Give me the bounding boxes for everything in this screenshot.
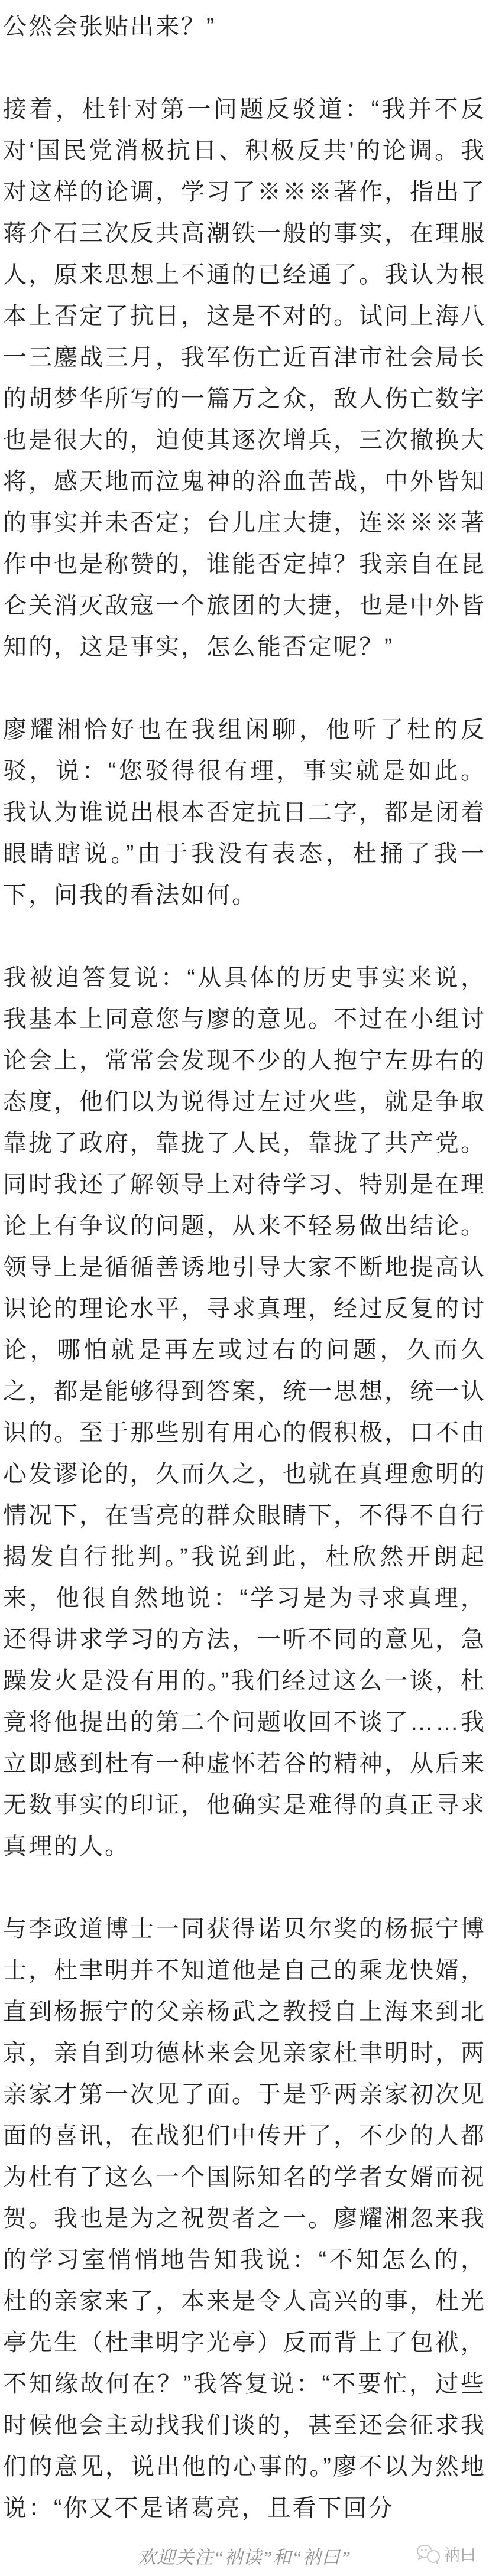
paragraph: 公然会张贴出来？”	[3, 6, 486, 47]
brand-name: 衲曰	[444, 2542, 476, 2565]
paragraph: 与李政道博士一同获得诺贝尔奖的杨振宁博士，杜聿明并不知道他是自己的乘龙快婿，直到…	[3, 1908, 486, 2529]
chat-bubbles-icon	[416, 2544, 441, 2564]
paragraph: 廖耀湘恰好也在我组闲聊，他听了杜的反驳，说：“您驳得很有理，事实就是如此。我认为…	[3, 709, 486, 916]
paragraph: 我被迫答复说：“从具体的历史事实来说，我基本上同意您与廖的意见。不过在小组讨论会…	[3, 957, 486, 1867]
brand-watermark: 衲曰	[416, 2542, 476, 2565]
paragraph: 接着，杜针对第一问题反驳道：“我并不反对‘国民党消极抗日、积极反共’的论调。我对…	[3, 89, 486, 668]
reader-page: 公然会张贴出来？” 接着，杜针对第一问题反驳道：“我并不反对‘国民党消极抗日、积…	[0, 0, 489, 2576]
article-text: 公然会张贴出来？” 接着，杜针对第一问题反驳道：“我并不反对‘国民党消极抗日、积…	[0, 0, 489, 2529]
watermark-caption: 欢迎关注“衲读”和“衲曰”	[0, 2542, 489, 2569]
